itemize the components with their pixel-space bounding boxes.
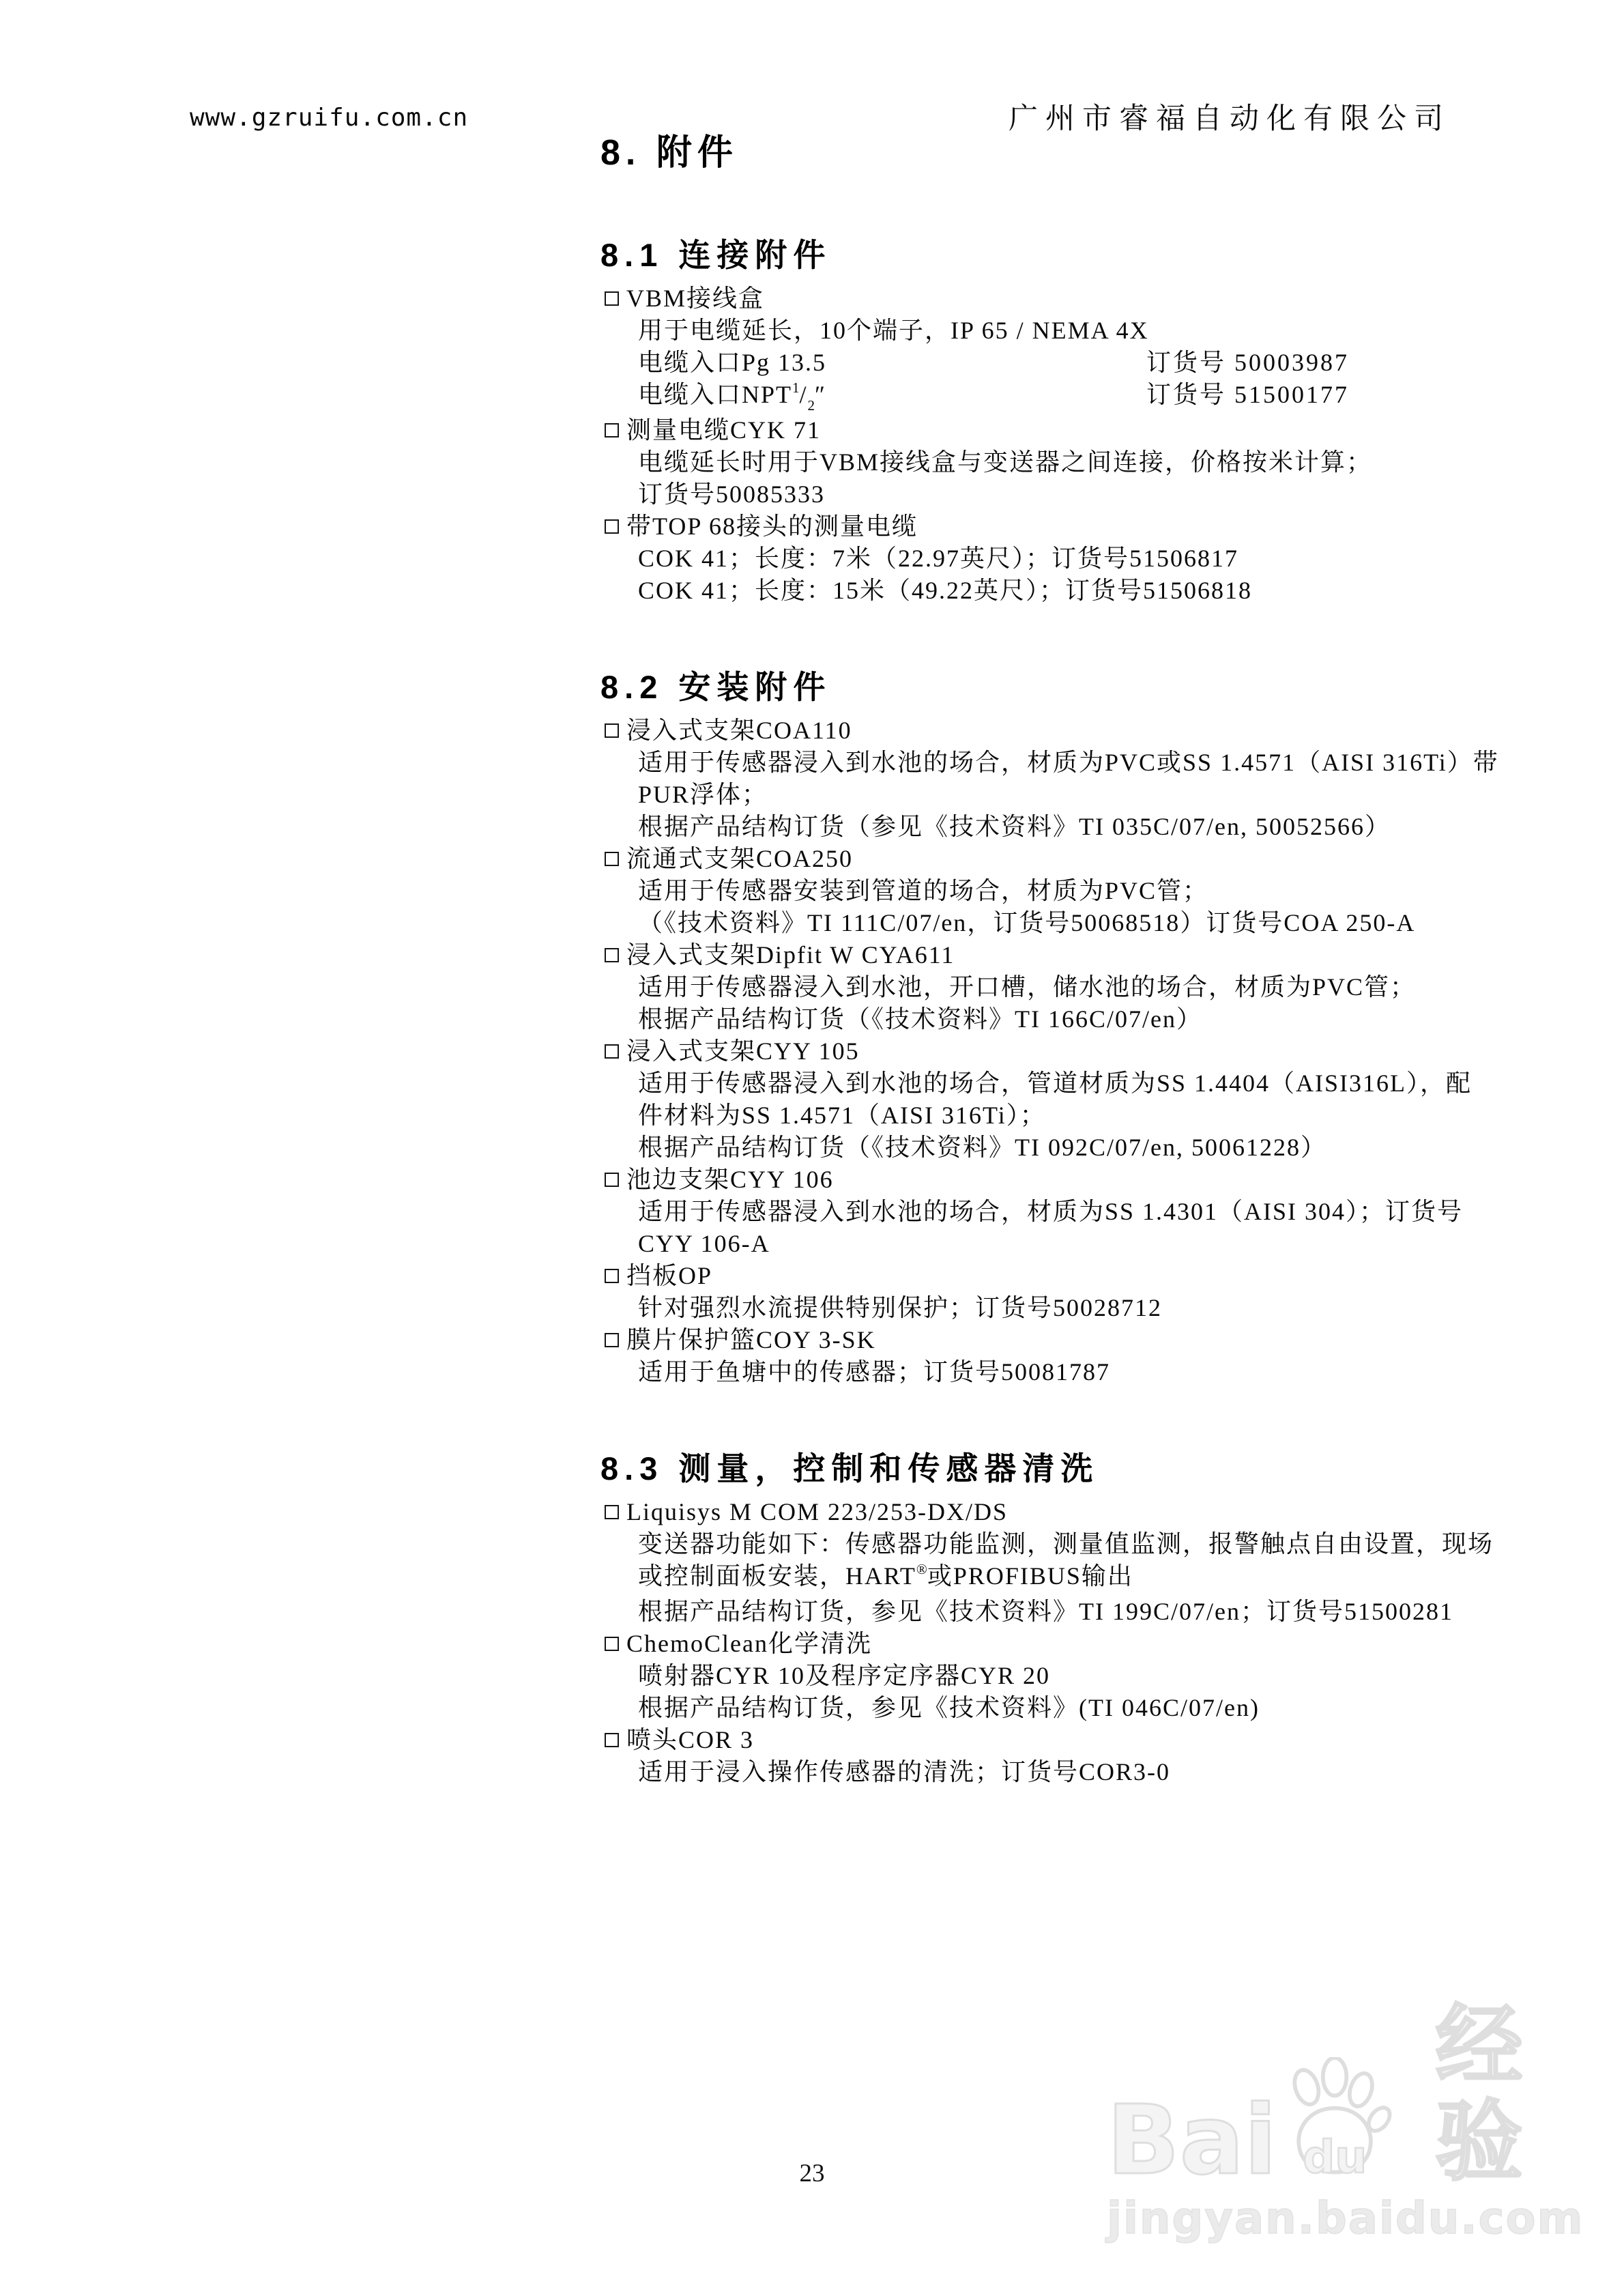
baidu-jingyan-watermark: Bai du 经验 jingyan.baidu.com bbox=[1107, 2057, 1571, 2244]
item-line: 根据产品结构订货（参见《技术资料》TI 035C/07/en, 50052566… bbox=[600, 811, 1488, 843]
item-title-text: 浸入式支架COA110 bbox=[626, 715, 852, 747]
line-text-suffix: ″ bbox=[815, 381, 826, 408]
item-title-text: 流通式支架COA250 bbox=[626, 843, 853, 875]
order-number: 订货号 50003987 bbox=[1146, 347, 1349, 379]
item-title-row: 流通式支架COA250 bbox=[600, 843, 1488, 875]
line-text: 适用于浸入操作传感器的清洗；订货号COR3-0 bbox=[638, 1758, 1170, 1785]
list-item-cor3: 喷头COR 3 适用于浸入操作传感器的清洗；订货号COR3-0 bbox=[600, 1724, 1488, 1788]
square-bullet-icon bbox=[605, 852, 619, 866]
item-title-text: 挡板OP bbox=[626, 1260, 712, 1292]
item-title-text: 喷头COR 3 bbox=[626, 1724, 754, 1756]
line-text: 适用于传感器浸入到水池的场合，材质为SS 1.4301（AISI 304）；订货… bbox=[638, 1198, 1463, 1225]
section-installation-accessories: 8.2 安装附件 浸入式支架COA110 适用于传感器浸入到水池的场合，材质为P… bbox=[600, 667, 1488, 1388]
square-bullet-icon bbox=[605, 1173, 619, 1187]
item-line: 根据产品结构订货，参见《技术资料》(TI 046C/07/en) bbox=[600, 1692, 1488, 1724]
line-text-prefix: 或控制面板安装，HART bbox=[638, 1562, 916, 1590]
line-text: 变送器功能如下：传感器功能监测，测量值监测，报警触点自由设置，现场 bbox=[638, 1530, 1494, 1558]
section-heading-8-1: 8.1 连接附件 bbox=[600, 235, 1488, 276]
line-text: 件材料为SS 1.4571（AISI 316Ti）； bbox=[638, 1102, 1046, 1129]
item-line: 喷射器CYR 10及程序定序器CYR 20 bbox=[600, 1660, 1488, 1692]
item-title-text: 浸入式支架CYY 105 bbox=[626, 1035, 860, 1067]
list-item-vbm-junction-box: VBM接线盒 用于电缆延长，10个端子，IP 65 / NEMA 4X 电缆入口… bbox=[600, 283, 1488, 414]
square-bullet-icon bbox=[605, 948, 619, 962]
fraction-denominator: 2 bbox=[808, 397, 815, 414]
item-line: 适用于浸入操作传感器的清洗；订货号COR3-0 bbox=[600, 1756, 1488, 1788]
line-text: 根据产品结构订货（《技术资料》TI 092C/07/en, 50061228） bbox=[638, 1134, 1326, 1161]
item-line: 件材料为SS 1.4571（AISI 316Ti）； bbox=[600, 1100, 1488, 1132]
line-text: COK 41；长度：7米（22.97英尺）；订货号51506817 bbox=[638, 545, 1238, 572]
item-title-text: VBM接线盒 bbox=[626, 283, 764, 315]
line-text: 电缆入口Pg 13.5 bbox=[638, 349, 826, 376]
line-text: 适用于传感器安装到管道的场合，材质为PVC管； bbox=[638, 877, 1208, 904]
watermark-site-url: jingyan.baidu.com bbox=[1107, 2194, 1571, 2244]
item-title-text: Liquisys M COM 223/253-DX/DS bbox=[626, 1496, 1008, 1528]
item-line-with-order: 电缆入口Pg 13.5 订货号 50003987 bbox=[600, 347, 1488, 379]
square-bullet-icon bbox=[605, 1044, 619, 1059]
line-text: 根据产品结构订货，参见《技术资料》TI 199C/07/en；订货号515002… bbox=[638, 1598, 1453, 1625]
item-title-text: 浸入式支架Dipfit W CYA611 bbox=[626, 939, 955, 971]
item-title-text: 池边支架CYY 106 bbox=[626, 1164, 834, 1196]
fraction-numerator: 1 bbox=[792, 379, 800, 396]
line-text: 电缆延长时用于VBM接线盒与变送器之间连接，价格按米计算； bbox=[638, 448, 1372, 476]
list-item-chemoclean: ChemoClean化学清洗 喷射器CYR 10及程序定序器CYR 20 根据产… bbox=[600, 1628, 1488, 1724]
item-title-row: 挡板OP bbox=[600, 1260, 1488, 1292]
line-text: （《技术资料》TI 111C/07/en，订货号50068518）订货号COA … bbox=[638, 909, 1415, 936]
list-item-cyy106: 池边支架CYY 106 适用于传感器浸入到水池的场合，材质为SS 1.4301（… bbox=[600, 1164, 1488, 1260]
list-item-cya611: 浸入式支架Dipfit W CYA611 适用于传感器浸入到水池，开口槽，储水池… bbox=[600, 939, 1488, 1035]
square-bullet-icon bbox=[605, 1269, 619, 1283]
item-line: 适用于传感器浸入到水池的场合，材质为SS 1.4301（AISI 304）；订货… bbox=[600, 1196, 1488, 1228]
square-bullet-icon bbox=[605, 723, 619, 738]
item-title-row: 浸入式支架Dipfit W CYA611 bbox=[600, 939, 1488, 971]
item-line: 适用于鱼塘中的传感器；订货号50081787 bbox=[600, 1356, 1488, 1388]
item-line-with-order: 电缆入口NPT1/2″ 订货号 51500177 bbox=[600, 379, 1488, 414]
square-bullet-icon bbox=[605, 1733, 619, 1747]
item-line: 根据产品结构订货（《技术资料》TI 166C/07/en） bbox=[600, 1003, 1488, 1035]
fraction-slash: / bbox=[800, 381, 808, 408]
list-item-liquisys: Liquisys M COM 223/253-DX/DS 变送器功能如下：传感器… bbox=[600, 1496, 1488, 1628]
item-line: 电缆延长时用于VBM接线盒与变送器之间连接，价格按米计算； bbox=[600, 446, 1488, 478]
item-title-row: 喷头COR 3 bbox=[600, 1724, 1488, 1756]
line-text: 适用于鱼塘中的传感器；订货号50081787 bbox=[638, 1358, 1110, 1386]
line-text-suffix: 或PROFIBUS输出 bbox=[927, 1562, 1133, 1590]
item-line: 适用于传感器浸入到水池，开口槽，储水池的场合，材质为PVC管； bbox=[600, 971, 1488, 1003]
square-bullet-icon bbox=[605, 1505, 619, 1519]
square-bullet-icon bbox=[605, 1333, 619, 1347]
line-text: 根据产品结构订货（参见《技术资料》TI 035C/07/en, 50052566… bbox=[638, 813, 1391, 840]
section-measure-control-cleaning: 8.3 测量，控制和传感器清洗 Liquisys M COM 223/253-D… bbox=[600, 1448, 1488, 1788]
line-text: CYY 106-A bbox=[638, 1230, 770, 1257]
item-line: 针对强烈水流提供特别保护；订货号50028712 bbox=[600, 1292, 1488, 1324]
line-text: 订货号50085333 bbox=[638, 480, 825, 508]
list-item-cyy105: 浸入式支架CYY 105 适用于传感器浸入到水池的场合，管道材质为SS 1.44… bbox=[600, 1035, 1488, 1164]
line-text: 针对强烈水流提供特别保护；订货号50028712 bbox=[638, 1294, 1162, 1321]
line-text: COK 41；长度：15米（49.22英尺）；订货号51506818 bbox=[638, 577, 1252, 604]
item-line: COK 41；长度：7米（22.97英尺）；订货号51506817 bbox=[600, 543, 1488, 575]
item-title-row: 浸入式支架CYY 105 bbox=[600, 1035, 1488, 1067]
line-text: 适用于传感器浸入到水池，开口槽，储水池的场合，材质为PVC管； bbox=[638, 973, 1416, 1001]
square-bullet-icon bbox=[605, 1637, 619, 1651]
item-title-text: 测量电缆CYK 71 bbox=[626, 414, 821, 446]
line-text: 根据产品结构订货，参见《技术资料》(TI 046C/07/en) bbox=[638, 1694, 1260, 1721]
item-line: COK 41；长度：15米（49.22英尺）；订货号51506818 bbox=[600, 575, 1488, 607]
item-title-row: 膜片保护篮COY 3-SK bbox=[600, 1324, 1488, 1356]
item-line: 订货号50085333 bbox=[600, 478, 1488, 511]
line-text: 根据产品结构订货（《技术资料》TI 166C/07/en） bbox=[638, 1005, 1202, 1033]
line-text: 适用于传感器浸入到水池的场合，管道材质为SS 1.4404（AISI316L），… bbox=[638, 1070, 1472, 1097]
item-title-row: VBM接线盒 bbox=[600, 283, 1488, 315]
item-title-row: 带TOP 68接头的测量电缆 bbox=[600, 511, 1488, 543]
line-text-prefix: 电缆入口NPT bbox=[638, 381, 792, 408]
item-title-row: Liquisys M COM 223/253-DX/DS bbox=[600, 1496, 1488, 1528]
item-title-text: 带TOP 68接头的测量电缆 bbox=[626, 511, 918, 543]
item-line: 适用于传感器安装到管道的场合，材质为PVC管； bbox=[600, 875, 1488, 907]
section-heading-8-3: 8.3 测量，控制和传感器清洗 bbox=[600, 1448, 1488, 1489]
square-bullet-icon bbox=[605, 291, 619, 306]
header-website-url: www.gzruifu.com.cn bbox=[190, 104, 468, 132]
list-item-coa110: 浸入式支架COA110 适用于传感器浸入到水池的场合，材质为PVC或SS 1.4… bbox=[600, 715, 1488, 843]
item-title-text: ChemoClean化学清洗 bbox=[626, 1628, 872, 1660]
item-title-row: 池边支架CYY 106 bbox=[600, 1164, 1488, 1196]
section-connection-accessories: 8.1 连接附件 VBM接线盒 用于电缆延长，10个端子，IP 65 / NEM… bbox=[600, 235, 1488, 607]
section-heading-8-2: 8.2 安装附件 bbox=[600, 667, 1488, 708]
item-title-text: 膜片保护篮COY 3-SK bbox=[626, 1324, 876, 1356]
list-item-coa250: 流通式支架COA250 适用于传感器安装到管道的场合，材质为PVC管； （《技术… bbox=[600, 843, 1488, 939]
item-line: 变送器功能如下：传感器功能监测，测量值监测，报警触点自由设置，现场 bbox=[600, 1528, 1488, 1560]
chapter-title: 8. 附件 bbox=[600, 131, 1488, 175]
document-page: www.gzruifu.com.cn 广州市睿福自动化有限公司 8. 附件 8.… bbox=[0, 0, 1624, 2296]
item-line: 或控制面板安装，HART®或PROFIBUS输出 bbox=[600, 1560, 1488, 1596]
registered-trademark-symbol: ® bbox=[916, 1561, 927, 1577]
line-text: 适用于传感器浸入到水池的场合，材质为PVC或SS 1.4571（AISI 316… bbox=[638, 749, 1499, 776]
list-item-baffle-op: 挡板OP 针对强烈水流提供特别保护；订货号50028712 bbox=[600, 1260, 1488, 1324]
item-line: 根据产品结构订货，参见《技术资料》TI 199C/07/en；订货号515002… bbox=[600, 1596, 1488, 1628]
page-number: 23 bbox=[0, 2159, 1624, 2188]
item-line: 根据产品结构订货（《技术资料》TI 092C/07/en, 50061228） bbox=[600, 1132, 1488, 1164]
item-title-row: ChemoClean化学清洗 bbox=[600, 1628, 1488, 1660]
square-bullet-icon bbox=[605, 519, 619, 534]
item-line: 适用于传感器浸入到水池的场合，管道材质为SS 1.4404（AISI316L），… bbox=[600, 1067, 1488, 1100]
item-title-row: 浸入式支架COA110 bbox=[600, 715, 1488, 747]
line-text: 用于电缆延长，10个端子，IP 65 / NEMA 4X bbox=[638, 317, 1149, 344]
document-content: 8. 附件 8.1 连接附件 VBM接线盒 用于电缆延长，10个端子，IP 65… bbox=[600, 131, 1488, 1788]
item-line: 适用于传感器浸入到水池的场合，材质为PVC或SS 1.4571（AISI 316… bbox=[600, 747, 1488, 779]
list-item-measuring-cable-cyk71: 测量电缆CYK 71 电缆延长时用于VBM接线盒与变送器之间连接，价格按米计算；… bbox=[600, 414, 1488, 511]
item-title-row: 测量电缆CYK 71 bbox=[600, 414, 1488, 446]
item-line: CYY 106-A bbox=[600, 1228, 1488, 1260]
square-bullet-icon bbox=[605, 423, 619, 437]
item-line: （《技术资料》TI 111C/07/en，订货号50068518）订货号COA … bbox=[600, 907, 1488, 939]
order-number: 订货号 51500177 bbox=[1146, 379, 1349, 411]
list-item-top68-cable: 带TOP 68接头的测量电缆 COK 41；长度：7米（22.97英尺）；订货号… bbox=[600, 511, 1488, 607]
line-text: 喷射器CYR 10及程序定序器CYR 20 bbox=[638, 1662, 1050, 1689]
line-text: PUR浮体； bbox=[638, 781, 768, 808]
list-item-coy3sk: 膜片保护篮COY 3-SK 适用于鱼塘中的传感器；订货号50081787 bbox=[600, 1324, 1488, 1388]
item-line: 用于电缆延长，10个端子，IP 65 / NEMA 4X bbox=[600, 315, 1488, 347]
item-line: PUR浮体； bbox=[600, 779, 1488, 811]
